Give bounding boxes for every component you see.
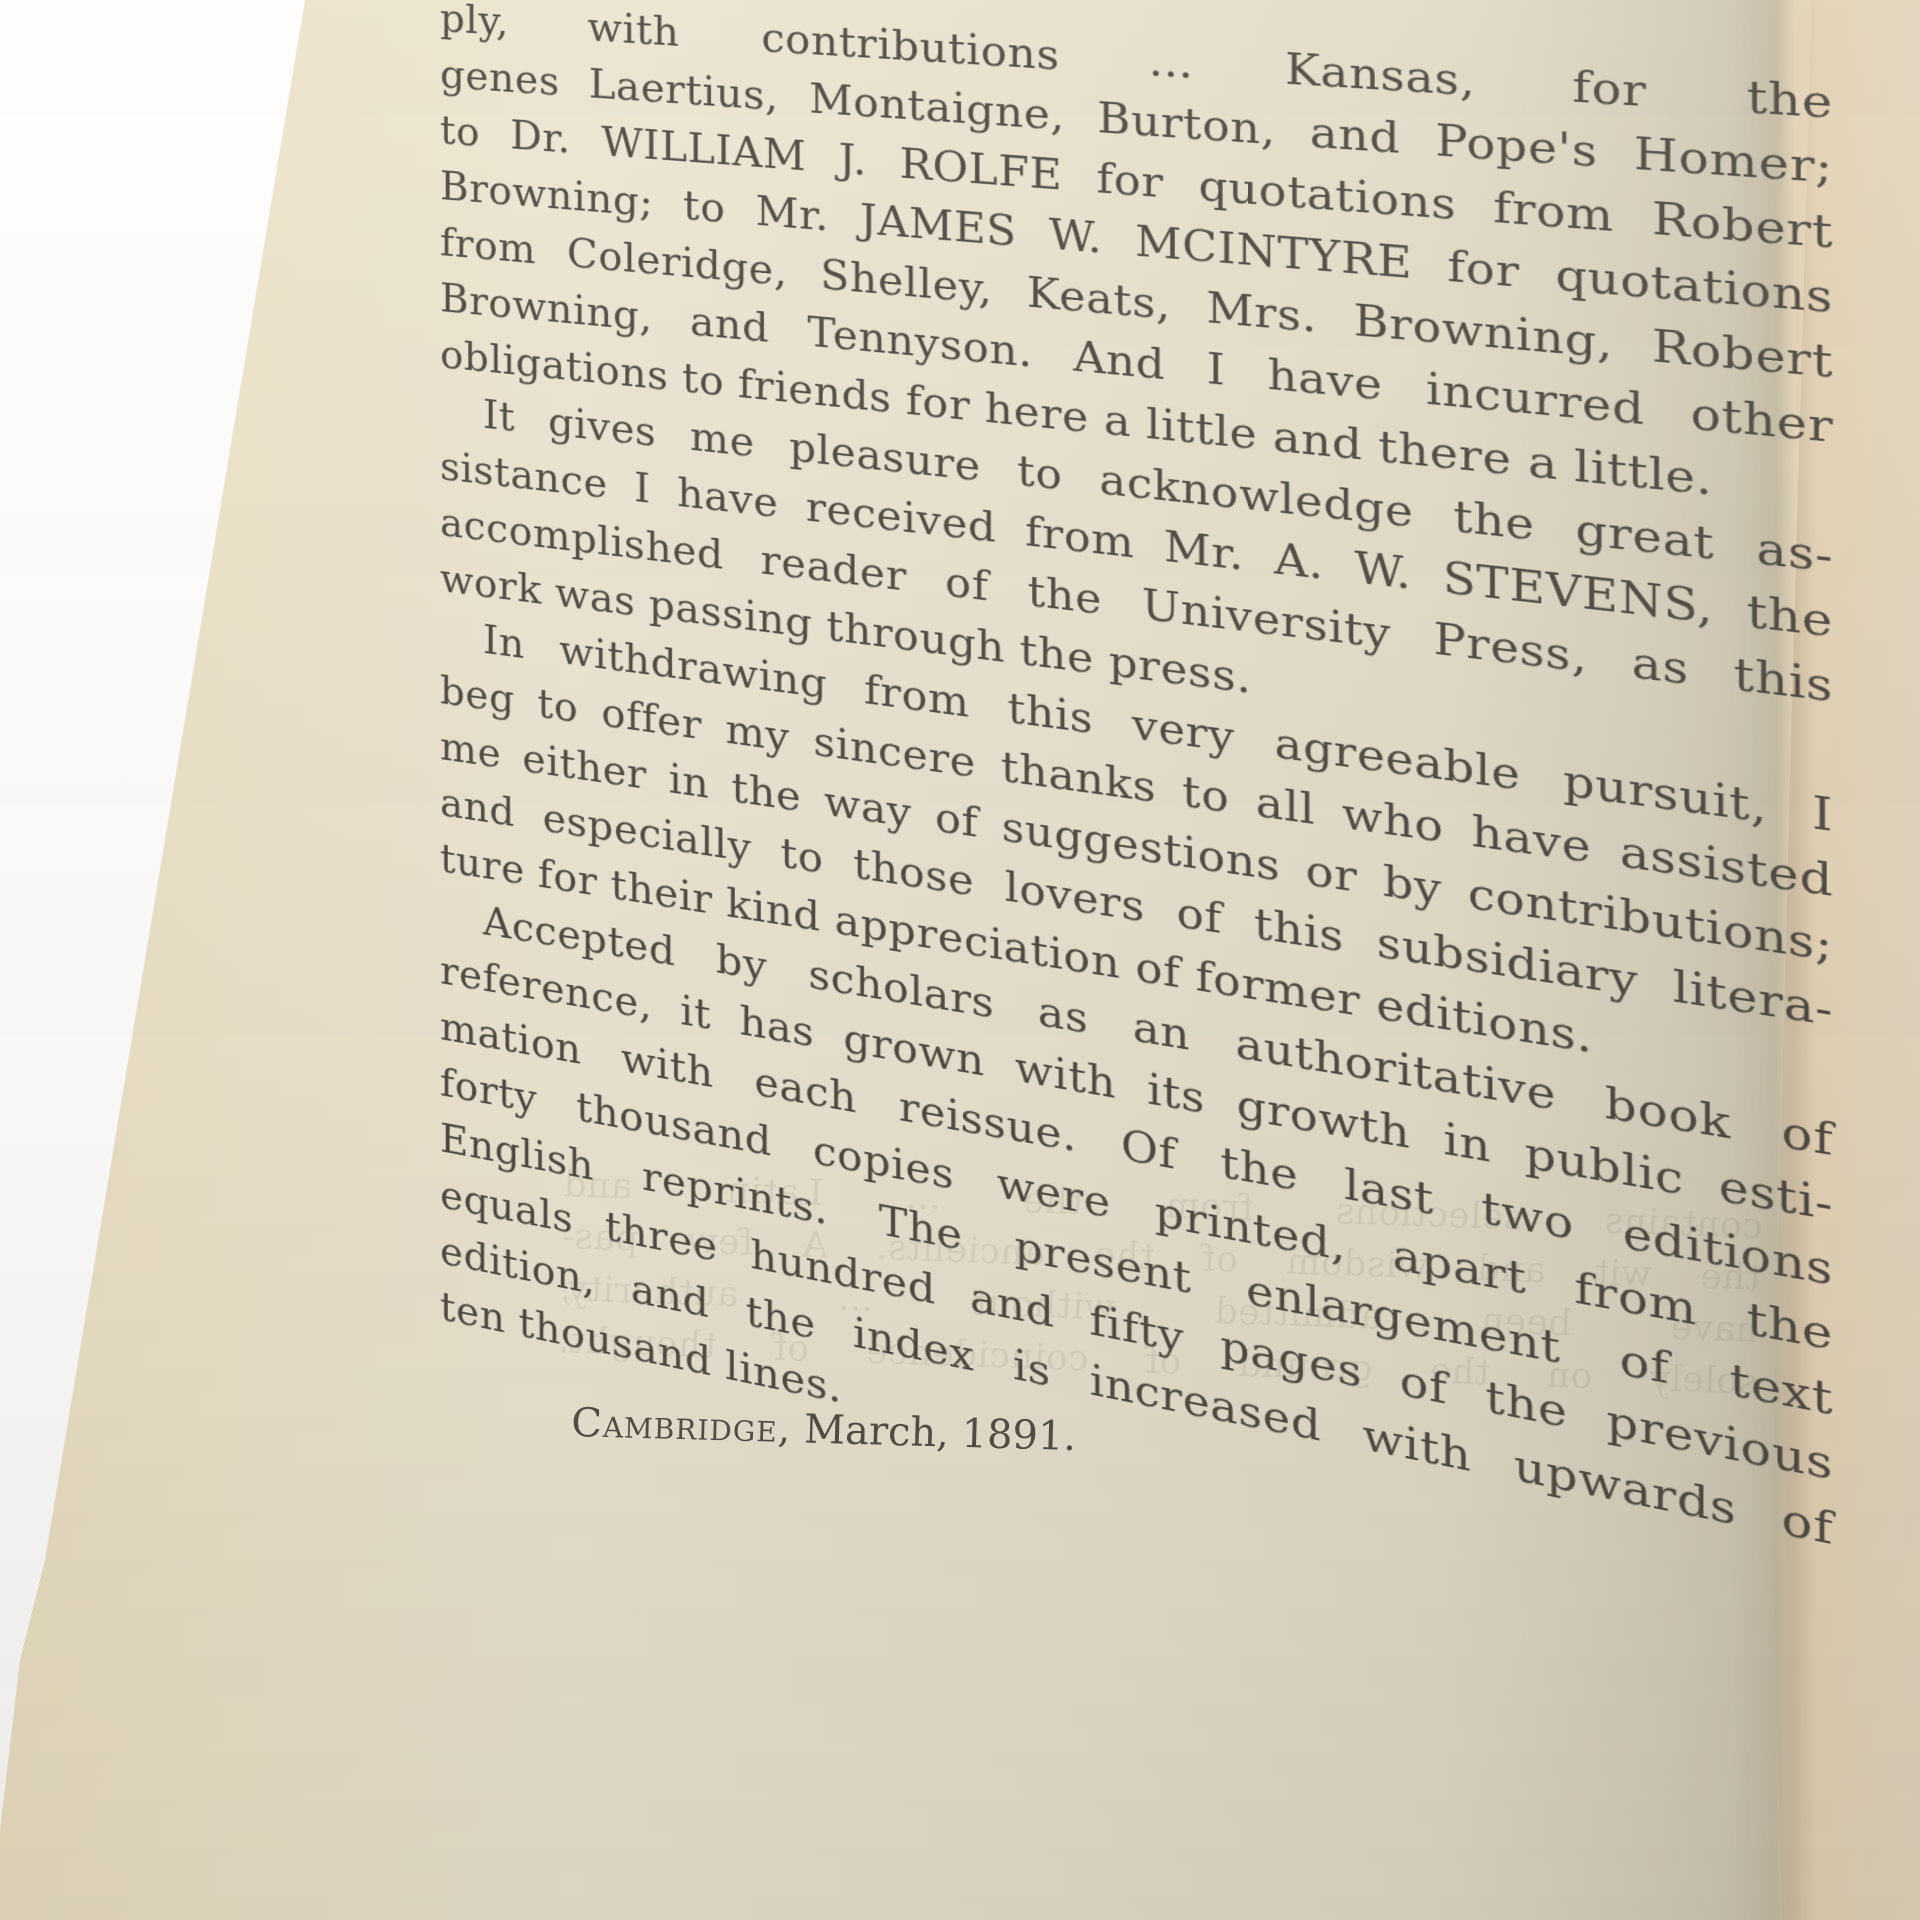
signature-place: Cambridge, [571, 1400, 792, 1452]
photo-scene: contains selections from the ... Latin, … [0, 0, 1920, 1920]
signature-date: March, 1891. [804, 1407, 1077, 1461]
